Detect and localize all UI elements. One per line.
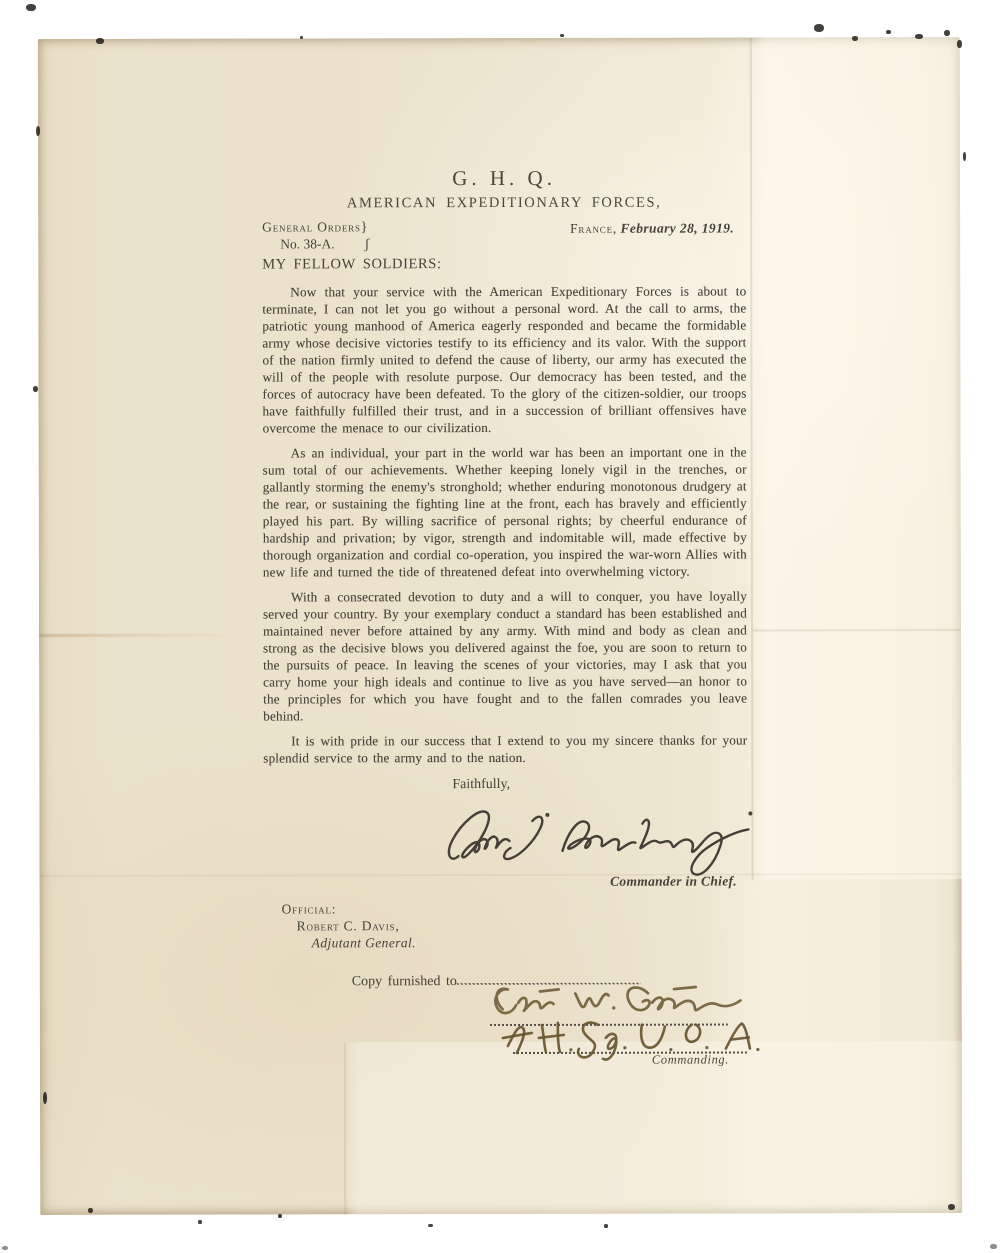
paragraph-2: As an individual, your part in the world… (263, 443, 747, 580)
brace-top: } (361, 220, 368, 235)
org-name: AMERICAN EXPEDITIONARY FORCES, (262, 194, 746, 212)
adjutant-title: Adjutant General. (312, 935, 416, 951)
scanned-letter-page: G. H. Q. AMERICAN EXPEDITIONARY FORCES, … (0, 0, 1000, 1253)
adjutant-name: Robert C. Davis, (297, 918, 400, 934)
speck (36, 126, 40, 136)
paragraph-4: It is with pride in our success that I e… (263, 731, 747, 766)
speck (278, 1214, 282, 1218)
speck (604, 1224, 608, 1228)
general-orders-block: General Orders} No. 38-A.ʃ (262, 219, 369, 252)
org-abbreviation: G. H. Q. (262, 165, 746, 191)
speck (886, 30, 891, 34)
speck (300, 36, 303, 39)
valediction: Faithfully, (452, 777, 510, 793)
speck (43, 1092, 47, 1104)
speck (957, 40, 962, 48)
pershing-signature (444, 793, 764, 886)
speck (88, 1208, 93, 1213)
speck (944, 30, 950, 36)
general-orders-label: General Orders (262, 219, 361, 234)
order-number: No. 38-A. (280, 236, 334, 251)
paragraph-3: With a consecrated devotion to duty and … (263, 587, 747, 724)
speck (2, 1246, 8, 1250)
speck (33, 386, 38, 392)
speck (814, 24, 824, 32)
letter-body: Now that your service with the American … (262, 282, 747, 774)
speck (26, 4, 36, 11)
speck (915, 34, 923, 39)
speck (560, 34, 564, 37)
letter-paper: G. H. Q. AMERICAN EXPEDITIONARY FORCES, … (38, 37, 962, 1215)
speck (96, 38, 104, 44)
brace-bottom: ʃ (335, 237, 370, 252)
date-text: February 28, 1919. (620, 221, 734, 236)
paragraph-1: Now that your service with the American … (262, 282, 746, 436)
official-label: Official: (282, 901, 337, 917)
dateline: France, February 28, 1919. (570, 218, 746, 236)
salutation: MY FELLOW SOLDIERS: (262, 255, 746, 273)
gates-handwritten-unit (492, 1011, 792, 1062)
signature-title: Commander in Chief. (584, 873, 764, 889)
copy-furnished-label: Copy furnished to (352, 974, 457, 989)
speck (963, 152, 966, 161)
speck (198, 1220, 202, 1224)
speck (852, 36, 858, 41)
speck (948, 1204, 955, 1210)
place-name: France, (570, 221, 617, 236)
speck (428, 1224, 433, 1227)
commanding-label: Commanding. (652, 1053, 729, 1068)
speck (990, 1244, 997, 1249)
orders-and-date-row: General Orders} No. 38-A.ʃ France, Febru… (262, 218, 746, 252)
letter-content: G. H. Q. AMERICAN EXPEDITIONARY FORCES, … (38, 37, 962, 1215)
